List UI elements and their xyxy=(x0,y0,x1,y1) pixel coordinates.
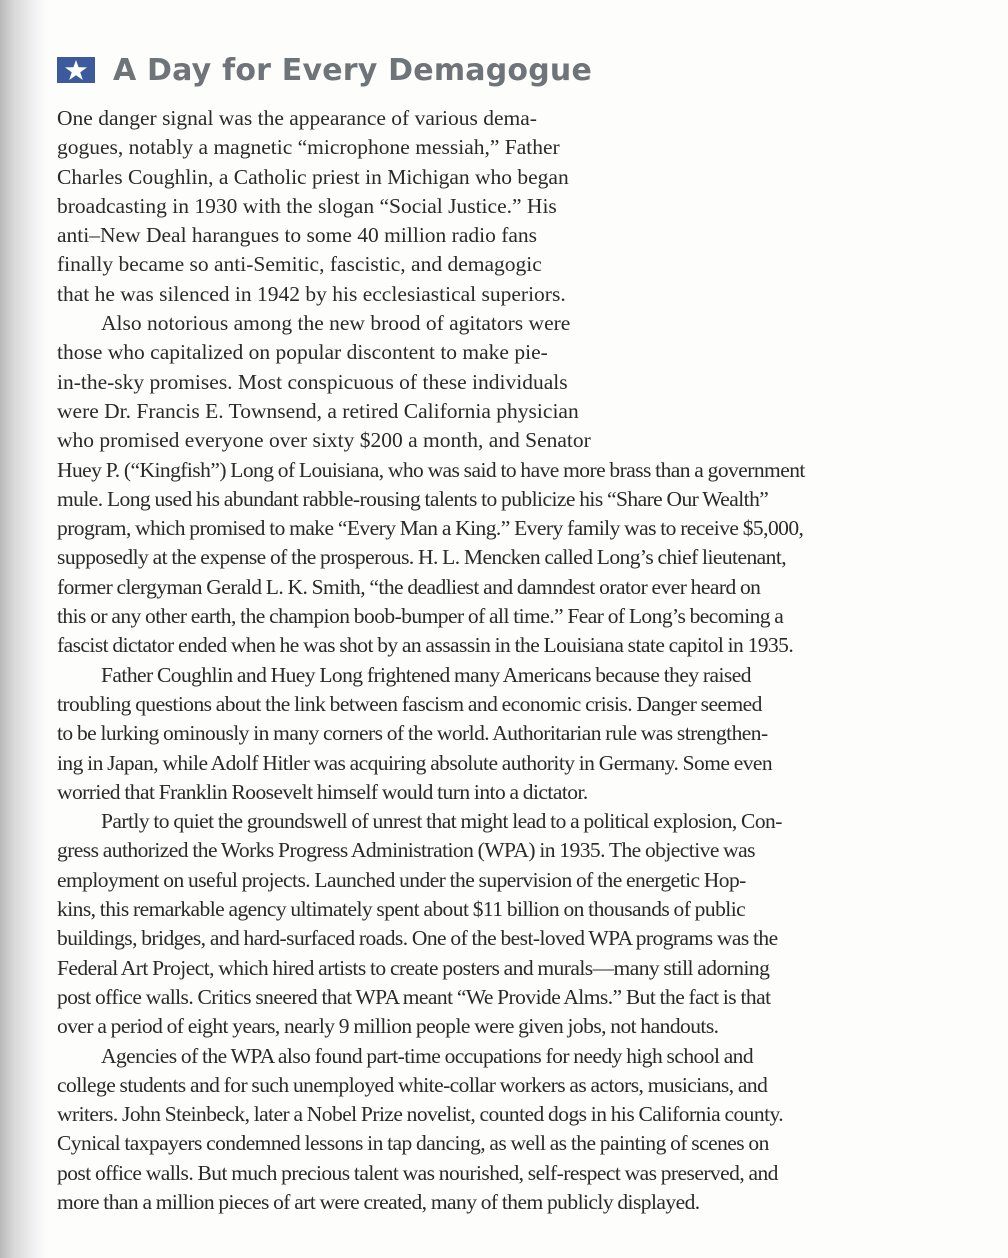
text-line: in-the-sky promises. Most conspicuous of… xyxy=(57,368,969,397)
text-line: kins, this remarkable agency ultimately … xyxy=(57,895,969,924)
section-title: A Day for Every Demagogue xyxy=(113,53,592,88)
text-line: to be lurking ominously in many corners … xyxy=(57,719,969,748)
paragraph-wpa-agencies: Agencies of the WPA also found part-time… xyxy=(57,1042,969,1218)
text-line: Partly to quiet the groundswell of unres… xyxy=(57,807,969,836)
star-icon xyxy=(57,57,95,83)
text-line: ing in Japan, while Adolf Hitler was acq… xyxy=(57,749,969,778)
book-gutter-shadow xyxy=(0,0,46,1258)
text-line: buildings, bridges, and hard-surfaced ro… xyxy=(57,924,969,953)
text-line: finally became so anti-Semitic, fascisti… xyxy=(57,250,669,279)
text-line: post office walls. But much precious tal… xyxy=(57,1159,969,1188)
text-line: employment on useful projects. Launched … xyxy=(57,866,969,895)
text-line: this or any other earth, the champion bo… xyxy=(57,602,969,631)
text-line: gress authorized the Works Progress Admi… xyxy=(57,836,969,865)
text-line: worried that Franklin Roosevelt himself … xyxy=(57,778,969,807)
text-line: broadcasting in 1930 with the slogan “So… xyxy=(57,192,669,221)
paragraph-townsend-long: Also notorious among the new brood of ag… xyxy=(57,309,969,661)
text-line: One danger signal was the appearance of … xyxy=(57,104,669,133)
text-line: former clergyman Gerald L. K. Smith, “th… xyxy=(57,573,969,602)
text-line: over a period of eight years, nearly 9 m… xyxy=(57,1012,969,1041)
body-text: One danger signal was the appearance of … xyxy=(57,104,969,1217)
text-line: Agencies of the WPA also found part-time… xyxy=(57,1042,969,1071)
text-line: Also notorious among the new brood of ag… xyxy=(57,309,969,338)
textbook-page: A Day for Every Demagogue One danger sig… xyxy=(57,48,969,1217)
text-line: those who capitalized on popular discont… xyxy=(57,338,969,367)
text-line: college students and for such unemployed… xyxy=(57,1071,969,1100)
text-line: Cynical taxpayers condemned lessons in t… xyxy=(57,1129,969,1158)
text-line: Father Coughlin and Huey Long frightened… xyxy=(57,661,969,690)
text-line: program, which promised to make “Every M… xyxy=(57,514,969,543)
text-line: troubling questions about the link betwe… xyxy=(57,690,969,719)
paragraph-wpa: Partly to quiet the groundswell of unres… xyxy=(57,807,969,1041)
text-line: fascist dictator ended when he was shot … xyxy=(57,631,969,660)
text-line: Huey P. (“Kingfish”) Long of Louisiana, … xyxy=(57,456,969,485)
section-heading: A Day for Every Demagogue xyxy=(57,48,969,92)
text-line: gogues, notably a magnetic “microphone m… xyxy=(57,133,669,162)
text-line: anti–New Deal harangues to some 40 milli… xyxy=(57,221,669,250)
star-glyph xyxy=(64,59,88,81)
text-line: that he was silenced in 1942 by his eccl… xyxy=(57,280,669,309)
paragraph-coughlin: One danger signal was the appearance of … xyxy=(57,104,669,309)
text-line: Charles Coughlin, a Catholic priest in M… xyxy=(57,163,669,192)
text-line: Federal Art Project, which hired artists… xyxy=(57,954,969,983)
text-line: post office walls. Critics sneered that … xyxy=(57,983,969,1012)
text-line: writers. John Steinbeck, later a Nobel P… xyxy=(57,1100,969,1129)
text-line: mule. Long used his abundant rabble-rous… xyxy=(57,485,969,514)
text-line: who promised everyone over sixty $200 a … xyxy=(57,426,969,455)
text-line: supposedly at the expense of the prosper… xyxy=(57,543,969,572)
text-line: were Dr. Francis E. Townsend, a retired … xyxy=(57,397,969,426)
paragraph-fascism-fears: Father Coughlin and Huey Long frightened… xyxy=(57,661,969,807)
text-line: more than a million pieces of art were c… xyxy=(57,1188,969,1217)
